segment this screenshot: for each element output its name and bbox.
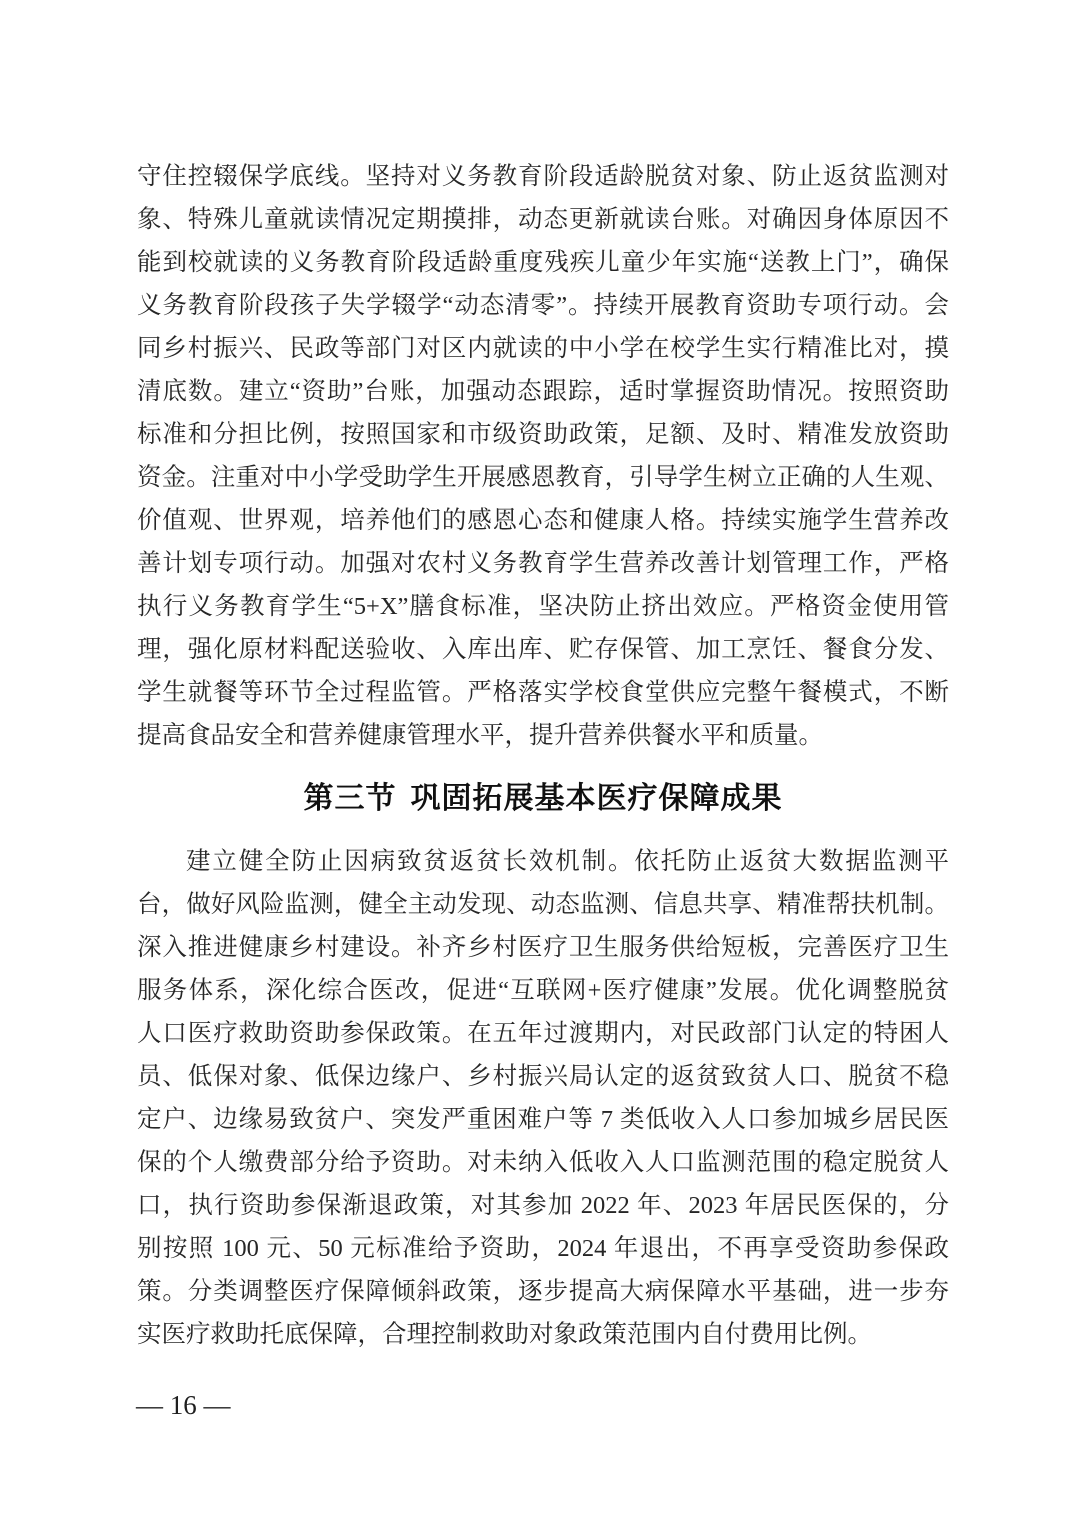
text-line: 守住控辍保学底线。坚持对义务教育阶段适龄脱贫对象、防止返贫监测对 xyxy=(137,155,949,198)
section-heading-title: 巩固拓展基本医疗保障成果 xyxy=(411,782,783,815)
text-line: 建立健全防止因病致贫返贫长效机制。依托防止返贫大数据监测平 xyxy=(137,840,949,883)
text-line: 义务教育阶段孩子失学辍学“动态清零”。持续开展教育资助专项行动。会 xyxy=(137,284,949,327)
text-line: 善计划专项行动。加强对农村义务教育学生营养改善计划管理工作，严格 xyxy=(137,542,949,585)
text-line: 口，执行资助参保渐退政策，对其参加 2022 年、2023 年居民医保的，分 xyxy=(137,1184,949,1227)
text-line: 能到校就读的义务教育阶段适龄重度残疾儿童少年实施“送教上门”，确保 xyxy=(137,241,949,284)
text-line: 定户、边缘易致贫户、突发严重困难户等 7 类低收入人口参加城乡居民医 xyxy=(137,1098,949,1141)
text-line: 保的个人缴费部分给予资助。对未纳入低收入人口监测范围的稳定脱贫人 xyxy=(137,1141,949,1184)
text-line: 人口医疗救助资助参保政策。在五年过渡期内，对民政部门认定的特困人 xyxy=(137,1012,949,1055)
text-line: 提高食品安全和营养健康管理水平，提升营养供餐水平和质量。 xyxy=(137,714,949,757)
text-line: 别按照 100 元、50 元标准给予资助，2024 年退出，不再享受资助参保政 xyxy=(137,1227,949,1270)
text-line: 资金。注重对中小学受助学生开展感恩教育，引导学生树立正确的人生观、 xyxy=(137,456,949,499)
document-page: 守住控辍保学底线。坚持对义务教育阶段适龄脱贫对象、防止返贫监测对象、特殊儿童就读… xyxy=(0,0,1074,1520)
text-line: 台，做好风险监测，健全主动发现、动态监测、信息共享、精准帮扶机制。 xyxy=(137,883,949,926)
paragraph-medical-security: 建立健全防止因病致贫返贫长效机制。依托防止返贫大数据监测平台，做好风险监测，健全… xyxy=(137,840,949,1356)
text-line: 价值观、世界观，培养他们的感恩心态和健康人格。持续实施学生营养改 xyxy=(137,499,949,542)
text-line: 理，强化原材料配送验收、入库出库、贮存保管、加工烹饪、餐食分发、 xyxy=(137,628,949,671)
text-line: 服务体系，深化综合医改，促进“互联网+医疗健康”发展。优化调整脱贫 xyxy=(137,969,949,1012)
text-line: 象、特殊儿童就读情况定期摸排，动态更新就读台账。对确因身体原因不 xyxy=(137,198,949,241)
section-heading-number: 第三节 xyxy=(304,782,397,815)
text-line: 深入推进健康乡村建设。补齐乡村医疗卫生服务供给短板，完善医疗卫生 xyxy=(137,926,949,969)
text-line: 执行义务教育学生“5+X”膳食标准，坚决防止挤出效应。严格资金使用管 xyxy=(137,585,949,628)
text-line: 员、低保对象、低保边缘户、乡村振兴局认定的返贫致贫人口、脱贫不稳 xyxy=(137,1055,949,1098)
text-line: 策。分类调整医疗保障倾斜政策，逐步提高大病保障水平基础，进一步夯 xyxy=(137,1270,949,1313)
paragraph-education-support: 守住控辍保学底线。坚持对义务教育阶段适龄脱贫对象、防止返贫监测对象、特殊儿童就读… xyxy=(137,155,949,757)
text-line: 实医疗救助托底保障，合理控制救助对象政策范围内自付费用比例。 xyxy=(137,1313,949,1356)
page-content: 守住控辍保学底线。坚持对义务教育阶段适龄脱贫对象、防止返贫监测对象、特殊儿童就读… xyxy=(137,155,949,1356)
text-line: 清底数。建立“资助”台账，加强动态跟踪，适时掌握资助情况。按照资助 xyxy=(137,370,949,413)
page-number: — 16 — xyxy=(136,1387,231,1423)
section-heading: 第三节巩固拓展基本医疗保障成果 xyxy=(137,781,949,817)
text-line: 同乡村振兴、民政等部门对区内就读的中小学在校学生实行精准比对，摸 xyxy=(137,327,949,370)
text-line: 学生就餐等环节全过程监管。严格落实学校食堂供应完整午餐模式，不断 xyxy=(137,671,949,714)
text-line: 标准和分担比例，按照国家和市级资助政策，足额、及时、精准发放资助 xyxy=(137,413,949,456)
